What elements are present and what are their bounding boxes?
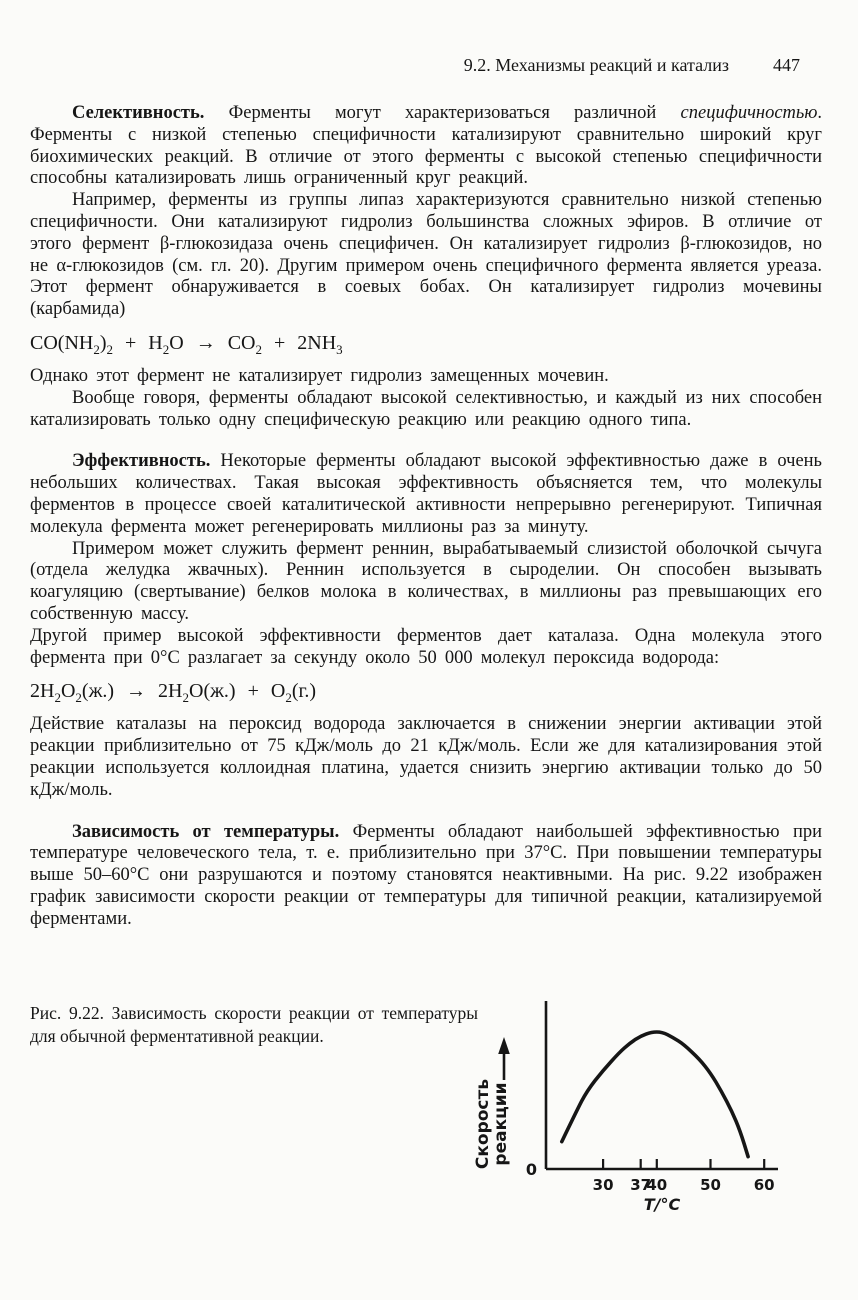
subscript: 2	[107, 342, 114, 357]
paragraph-activation-energy: Действие каталазы на пероксид водорода з…	[30, 714, 822, 801]
paragraph-rennin: Примером может служить фермент реннин, в…	[30, 539, 822, 626]
y-axis-arrowhead	[498, 1037, 510, 1054]
paragraph-lipases-example: Например, ферменты из группы липаз харак…	[30, 190, 822, 321]
paragraph-temperature-dependence: Зависимость от температуры. Ферменты обл…	[30, 822, 822, 931]
subscript: 2	[285, 690, 292, 705]
reaction-rate-curve	[562, 1032, 748, 1157]
paragraph-generally: Вообще говоря, ферменты обладают высокой…	[30, 388, 822, 432]
subscript: 2	[54, 690, 61, 705]
temperature-dependence-heading: Зависимость от температуры.	[72, 822, 339, 842]
equation-peroxide-decomposition: 2H2O2(ж.) → 2H2O(ж.) + O2(г.)	[30, 678, 822, 704]
paragraph-catalase: Другой пример высокой эффективности ферм…	[30, 626, 822, 670]
paragraph-text: Ферменты могут характеризоваться различн…	[204, 103, 680, 123]
page-number: 447	[773, 55, 800, 76]
subscript: 2	[163, 342, 170, 357]
figure-9-22-chart: 30374050600T/°CСкоростьреакции	[440, 986, 858, 1238]
y-axis-label-line1: Скорость	[473, 1079, 493, 1169]
subscript: 2	[255, 342, 262, 357]
x-axis-label: T/°C	[644, 1195, 681, 1214]
subscript: 3	[336, 342, 343, 357]
subscript: 2	[93, 342, 100, 357]
effectiveness-heading: Эффективность.	[72, 451, 210, 471]
x-tick-label: 40	[646, 1176, 667, 1194]
selectivity-heading: Селективность.	[72, 103, 204, 123]
paragraph-selectivity: Селективность. Ферменты могут характериз…	[30, 103, 822, 190]
y-axis-label-line2: реакции	[491, 1082, 511, 1165]
paragraph-effectiveness: Эффективность. Некоторые ферменты облада…	[30, 451, 822, 538]
italic-term-specificity: специфичностью	[681, 103, 818, 123]
page-header: 9.2. Механизмы реакций и катализ 447	[30, 55, 822, 76]
subscript: 2	[75, 690, 82, 705]
x-tick-label: 60	[754, 1176, 775, 1194]
section-title: 9.2. Механизмы реакций и катализ	[464, 55, 729, 76]
equation-urea-hydrolysis: CO(NH2)2 + H2O → CO2 + 2NH3	[30, 330, 822, 356]
figure-9-22: Рис. 9.22. Зависимость скорости реакции …	[30, 986, 828, 1252]
x-tick-label: 30	[593, 1176, 614, 1194]
paragraph-however: Однако этот фермент не катализирует гидр…	[30, 366, 822, 388]
figure-caption: Рис. 9.22. Зависимость скорости реакции …	[30, 1002, 478, 1047]
subscript: 2	[183, 690, 190, 705]
x-tick-label: 50	[700, 1176, 721, 1194]
origin-label: 0	[526, 1160, 537, 1179]
